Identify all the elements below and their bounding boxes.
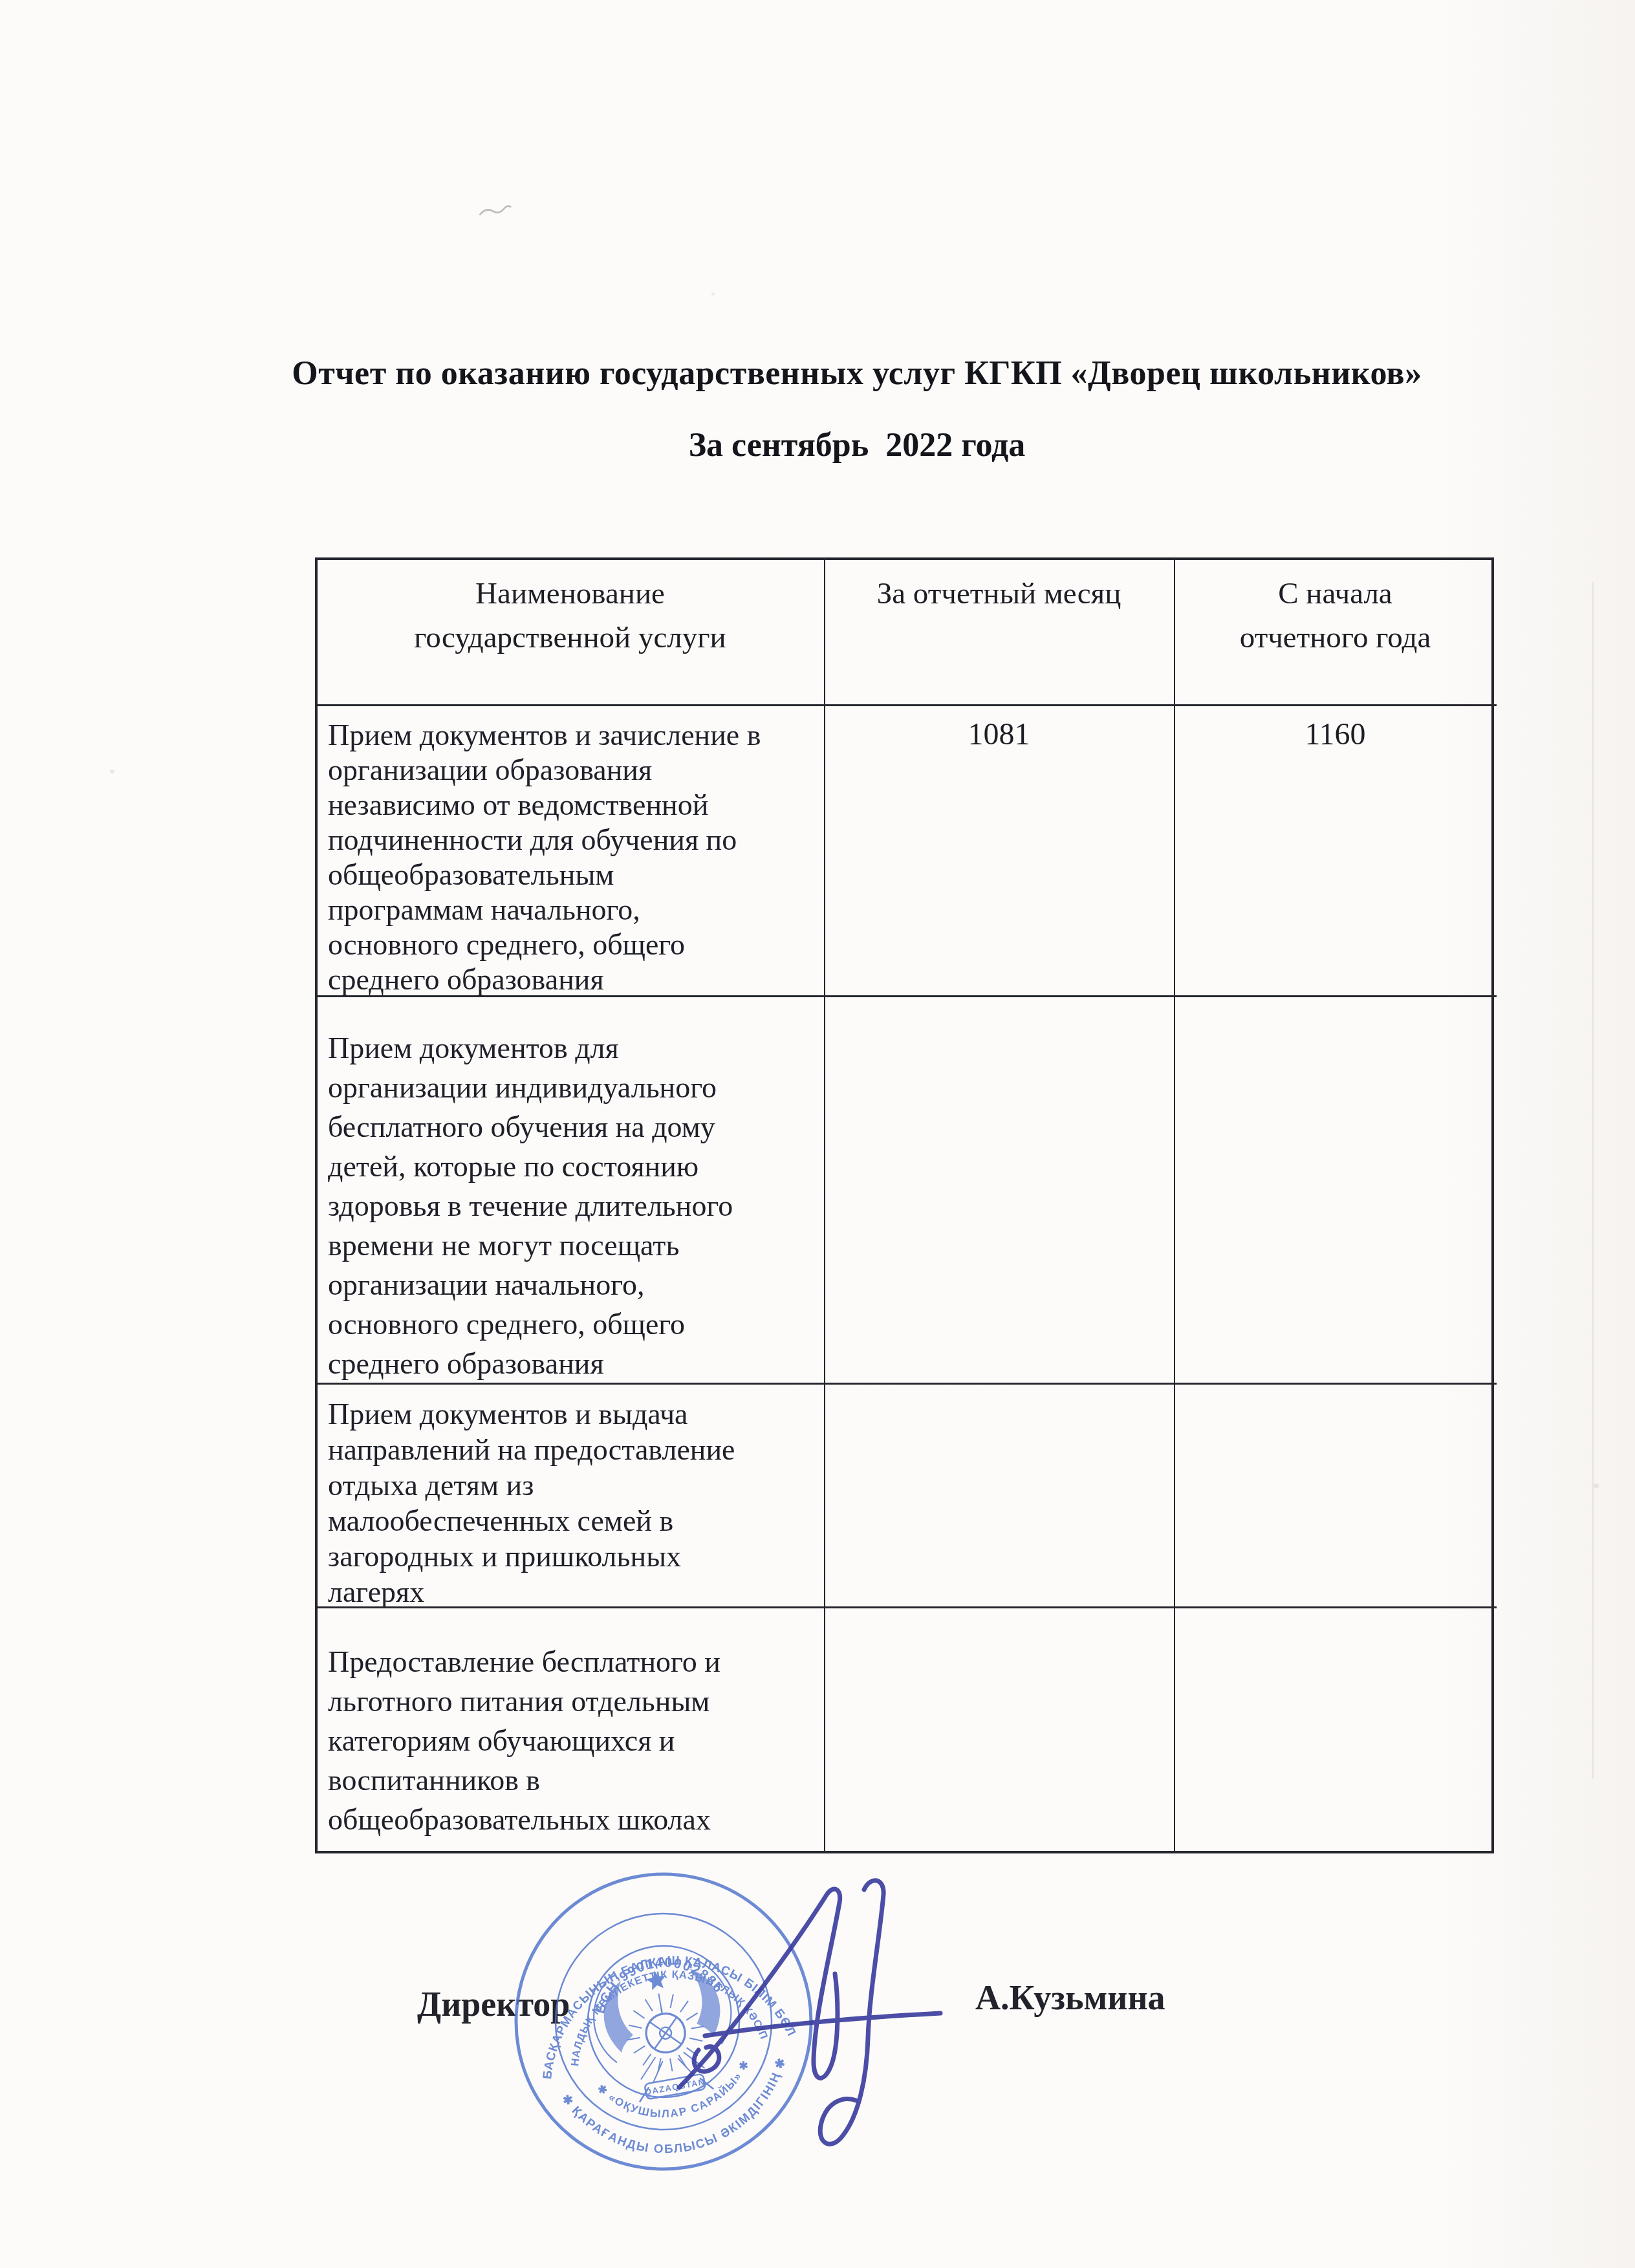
scanned-report-page: Отчет по оказанию государственных услуг …	[0, 0, 1635, 2268]
header-year-to-date: С начала отчетного года	[1175, 560, 1497, 706]
director-name: А.Кузьмина	[975, 1978, 1165, 2018]
scan-edge-shadow	[1592, 582, 1594, 1778]
table-row-4-month-value	[825, 1608, 1175, 1851]
services-report-table: Наименование государственной услуги За о…	[315, 557, 1494, 1853]
table-row-3-year-value	[1175, 1385, 1497, 1608]
document-subtitle: За сентябрь 2022 года	[110, 426, 1604, 464]
title-block: Отчет по оказанию государственных услуг …	[110, 354, 1604, 464]
table-row-1-service: Прием документов и зачисление в организа…	[318, 706, 825, 997]
dust-speck	[1594, 1484, 1599, 1488]
table-row-4-service: Предоставление бесплатного и льготного п…	[318, 1608, 825, 1851]
director-signature	[658, 1874, 962, 2162]
table-row-2-service: Прием документов для организации индивид…	[318, 997, 825, 1385]
table-row-1-year-value: 1160	[1175, 706, 1497, 997]
table-row-1-month-value: 1081	[825, 706, 1175, 997]
table-row-3-service: Прием документов и выдача направлений на…	[318, 1385, 825, 1608]
dust-speck	[711, 292, 715, 296]
header-reporting-month: За отчетный месяц	[825, 560, 1175, 706]
table-row-2-month-value	[825, 997, 1175, 1385]
table-row-2-year-value	[1175, 997, 1497, 1385]
document-title: Отчет по оказанию государственных услуг …	[110, 354, 1604, 393]
table-row-3-month-value	[825, 1385, 1175, 1608]
dust-speck	[110, 770, 114, 773]
scan-artifact-squiggle	[478, 202, 513, 220]
table-row-4-year-value	[1175, 1608, 1497, 1851]
header-service-name: Наименование государственной услуги	[318, 560, 825, 706]
